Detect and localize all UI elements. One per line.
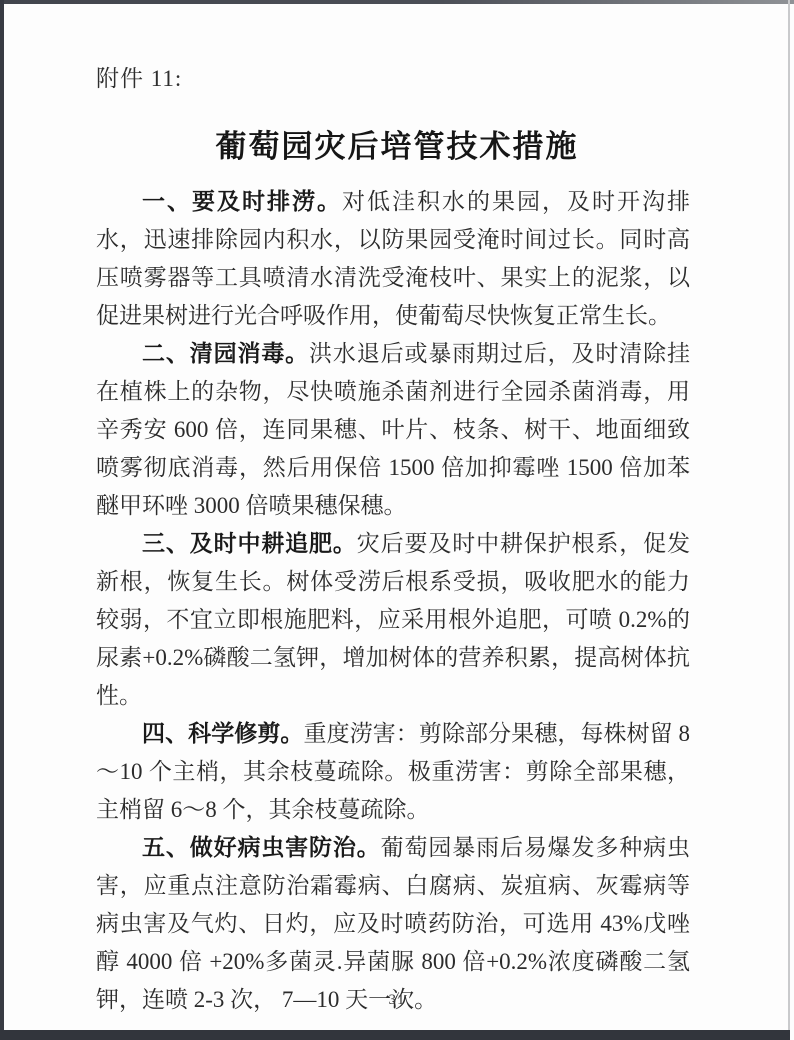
section-body-text: 洪水退后或暴雨期过后，及时清除挂在植株上的杂物，尽快喷施杀菌剂进行全园杀菌消毒，… bbox=[96, 341, 690, 518]
section-fertilizing: 三、及时中耕追肥。灾后要及时中耕保护根系，促发新根，恢复生长。树体受涝后根系受损… bbox=[96, 525, 690, 715]
attachment-label: 附件 11: bbox=[96, 60, 182, 93]
section-pruning: 四、科学修剪。重度涝害：剪除部分果穗，每株树留 8～10 个主梢，其余枝蔓疏除。… bbox=[96, 715, 690, 829]
page-number: 31 bbox=[0, 992, 794, 1009]
scanned-document-page: 附件 11: 葡萄园灾后培管技术措施 一、要及时排涝。对低洼积水的果园，及时开沟… bbox=[0, 0, 794, 1040]
section-heading: 三、及时中耕追肥。 bbox=[142, 531, 357, 556]
section-pest-control: 五、做好病虫害防治。葡萄园暴雨后易爆发多种病虫害，应重点注意防治霜霉病、白腐病、… bbox=[96, 829, 690, 1019]
section-drainage: 一、要及时排涝。对低洼积水的果园，及时开沟排水，迅速排除园内积水，以防果园受淹时… bbox=[96, 183, 690, 335]
section-body-text: 灾后要及时中耕保护根系，促发新根，恢复生长。树体受涝后根系受损，吸收肥水的能力较… bbox=[96, 531, 690, 708]
section-heading: 五、做好病虫害防治。 bbox=[142, 835, 381, 860]
scan-edge-bottom bbox=[0, 1030, 790, 1040]
document-title: 葡萄园灾后培管技术措施 bbox=[0, 121, 794, 166]
section-heading: 二、清园消毒。 bbox=[142, 341, 309, 366]
section-disinfection: 二、清园消毒。洪水退后或暴雨期过后，及时清除挂在植株上的杂物，尽快喷施杀菌剂进行… bbox=[96, 335, 690, 525]
document-body: 一、要及时排涝。对低洼积水的果园，及时开沟排水，迅速排除园内积水，以防果园受淹时… bbox=[96, 183, 690, 1019]
section-heading: 一、要及时排涝。 bbox=[142, 189, 342, 214]
scan-edge-top bbox=[0, 0, 794, 4]
section-body-text: 葡萄园暴雨后易爆发多种病虫害，应重点注意防治霜霉病、白腐病、炭疽病、灰霉病等病虫… bbox=[96, 835, 690, 1012]
section-heading: 四、科学修剪。 bbox=[142, 721, 304, 746]
